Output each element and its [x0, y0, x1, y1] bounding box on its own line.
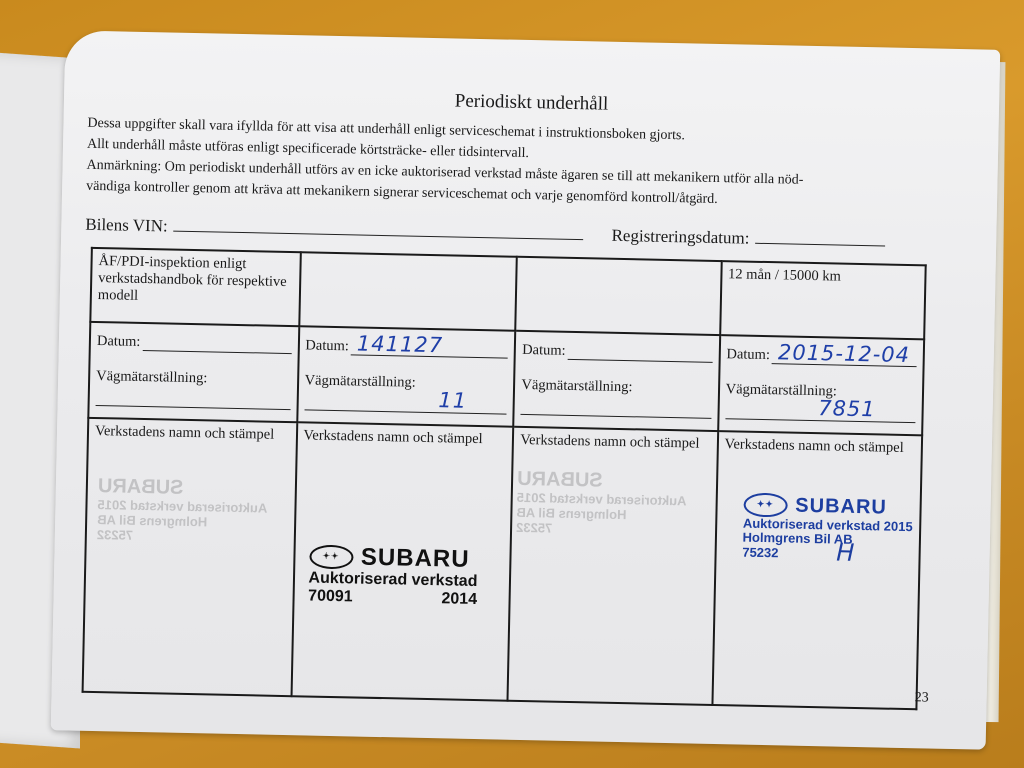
- date-field[interactable]: [567, 345, 712, 363]
- stamp-label: Verkstadens namn och stämpel: [724, 436, 915, 457]
- date-label: Datum:: [305, 337, 349, 355]
- stamp-cell-2: Verkstadens namn och stämpel ✦✦SUBARU Au…: [291, 422, 514, 700]
- dealer-stamp-2015: ✦✦SUBARU Auktoriserad verkstad 2015 Holm…: [742, 493, 913, 563]
- readings-cell-4: Datum:2015-12-04 Vägmätarställning: 7851: [718, 335, 924, 435]
- header-cell: [516, 257, 722, 335]
- ghost-stamp: SUBARU Auktoriserad verkstad 2015 Holmgr…: [97, 475, 268, 546]
- date-label: Datum:: [726, 346, 770, 364]
- odometer-value: 7851: [818, 396, 876, 421]
- stamp-label: Verkstadens namn och stämpel: [520, 432, 711, 453]
- stamp-cell-4: Verkstadens namn och stämpel ✦✦SUBARU Au…: [712, 431, 922, 709]
- stamp-cell-3: Verkstadens namn och stämpel SUBARU Aukt…: [508, 427, 718, 705]
- stamp-year: 2014: [441, 590, 477, 608]
- date-field[interactable]: 141127: [351, 340, 509, 358]
- stamp-cell-1: Verkstadens namn och stämpel SUBARU Aukt…: [83, 418, 297, 696]
- date-label: Datum:: [522, 342, 566, 360]
- stamp-number: 75232: [742, 545, 912, 563]
- header-cell: [299, 252, 517, 331]
- dealer-stamp-2014: ✦✦SUBARU Auktoriserad verkstad 700912014: [308, 544, 478, 609]
- vin-label: Bilens VIN:: [85, 215, 168, 237]
- stamp-brand: SUBARU: [795, 495, 887, 519]
- readings-cell-3: Datum: Vägmätarställning:: [514, 331, 720, 431]
- signature: H: [836, 539, 855, 567]
- header-cell: ÅF/PDI-inspektion enligt verkstadshandbo…: [90, 248, 300, 326]
- vin-row: Bilens VIN: Registreringsdatum:: [85, 213, 905, 252]
- odometer-label: Vägmätarställning:: [96, 368, 291, 389]
- intro-text: Dessa uppgifter skall vara ifyllda för a…: [86, 113, 948, 215]
- odometer-label: Vägmätarställning:: [304, 372, 507, 393]
- page-number: 23: [914, 690, 928, 706]
- odometer-field[interactable]: 7851: [725, 402, 916, 423]
- date-value: 141127: [357, 331, 444, 357]
- stamp-brand: SUBARU: [361, 545, 470, 574]
- odometer-field[interactable]: [96, 389, 291, 410]
- date-value: 2015-12-04: [778, 340, 911, 367]
- ghost-line: 75232: [97, 528, 267, 546]
- header-cell: 12 mån / 15000 km: [720, 261, 926, 339]
- readings-cell-2: Datum:141127 Vägmätarställning: 11: [297, 326, 516, 427]
- booklet-page: Periodiskt underhåll Dessa uppgifter ska…: [51, 30, 1000, 749]
- service-table: ÅF/PDI-inspektion enligt verkstadshandbo…: [82, 247, 927, 710]
- readings-cell-1: Datum: Vägmätarställning:: [88, 322, 298, 422]
- date-label: Datum:: [97, 333, 141, 351]
- odometer-value: 11: [438, 388, 467, 413]
- ghost-line: 75232: [516, 521, 686, 539]
- date-field[interactable]: [142, 336, 291, 354]
- subaru-logo-icon: ✦✦: [743, 493, 787, 518]
- stamp-row: Verkstadens namn och stämpel SUBARU Aukt…: [83, 418, 923, 709]
- stamp-number: 70091: [308, 587, 353, 606]
- vin-field[interactable]: [174, 215, 584, 241]
- subaru-logo-icon: ✦✦: [309, 545, 353, 570]
- stamp-label: Verkstadens namn och stämpel: [95, 423, 290, 444]
- date-field[interactable]: 2015-12-04: [772, 349, 917, 367]
- odometer-field[interactable]: [521, 398, 712, 419]
- stamp-label: Verkstadens namn och stämpel: [303, 427, 506, 448]
- registration-field[interactable]: [755, 227, 885, 247]
- registration-label: Registreringsdatum:: [611, 226, 749, 249]
- odometer-label: Vägmätarställning:: [521, 377, 712, 398]
- ghost-stamp-mirrored: SUBARU Auktoriserad verkstad 2015 Holmgr…: [516, 468, 687, 539]
- readings-row: Datum: Vägmätarställning: Datum:141127 V…: [88, 322, 924, 435]
- odometer-field[interactable]: 11: [304, 393, 507, 414]
